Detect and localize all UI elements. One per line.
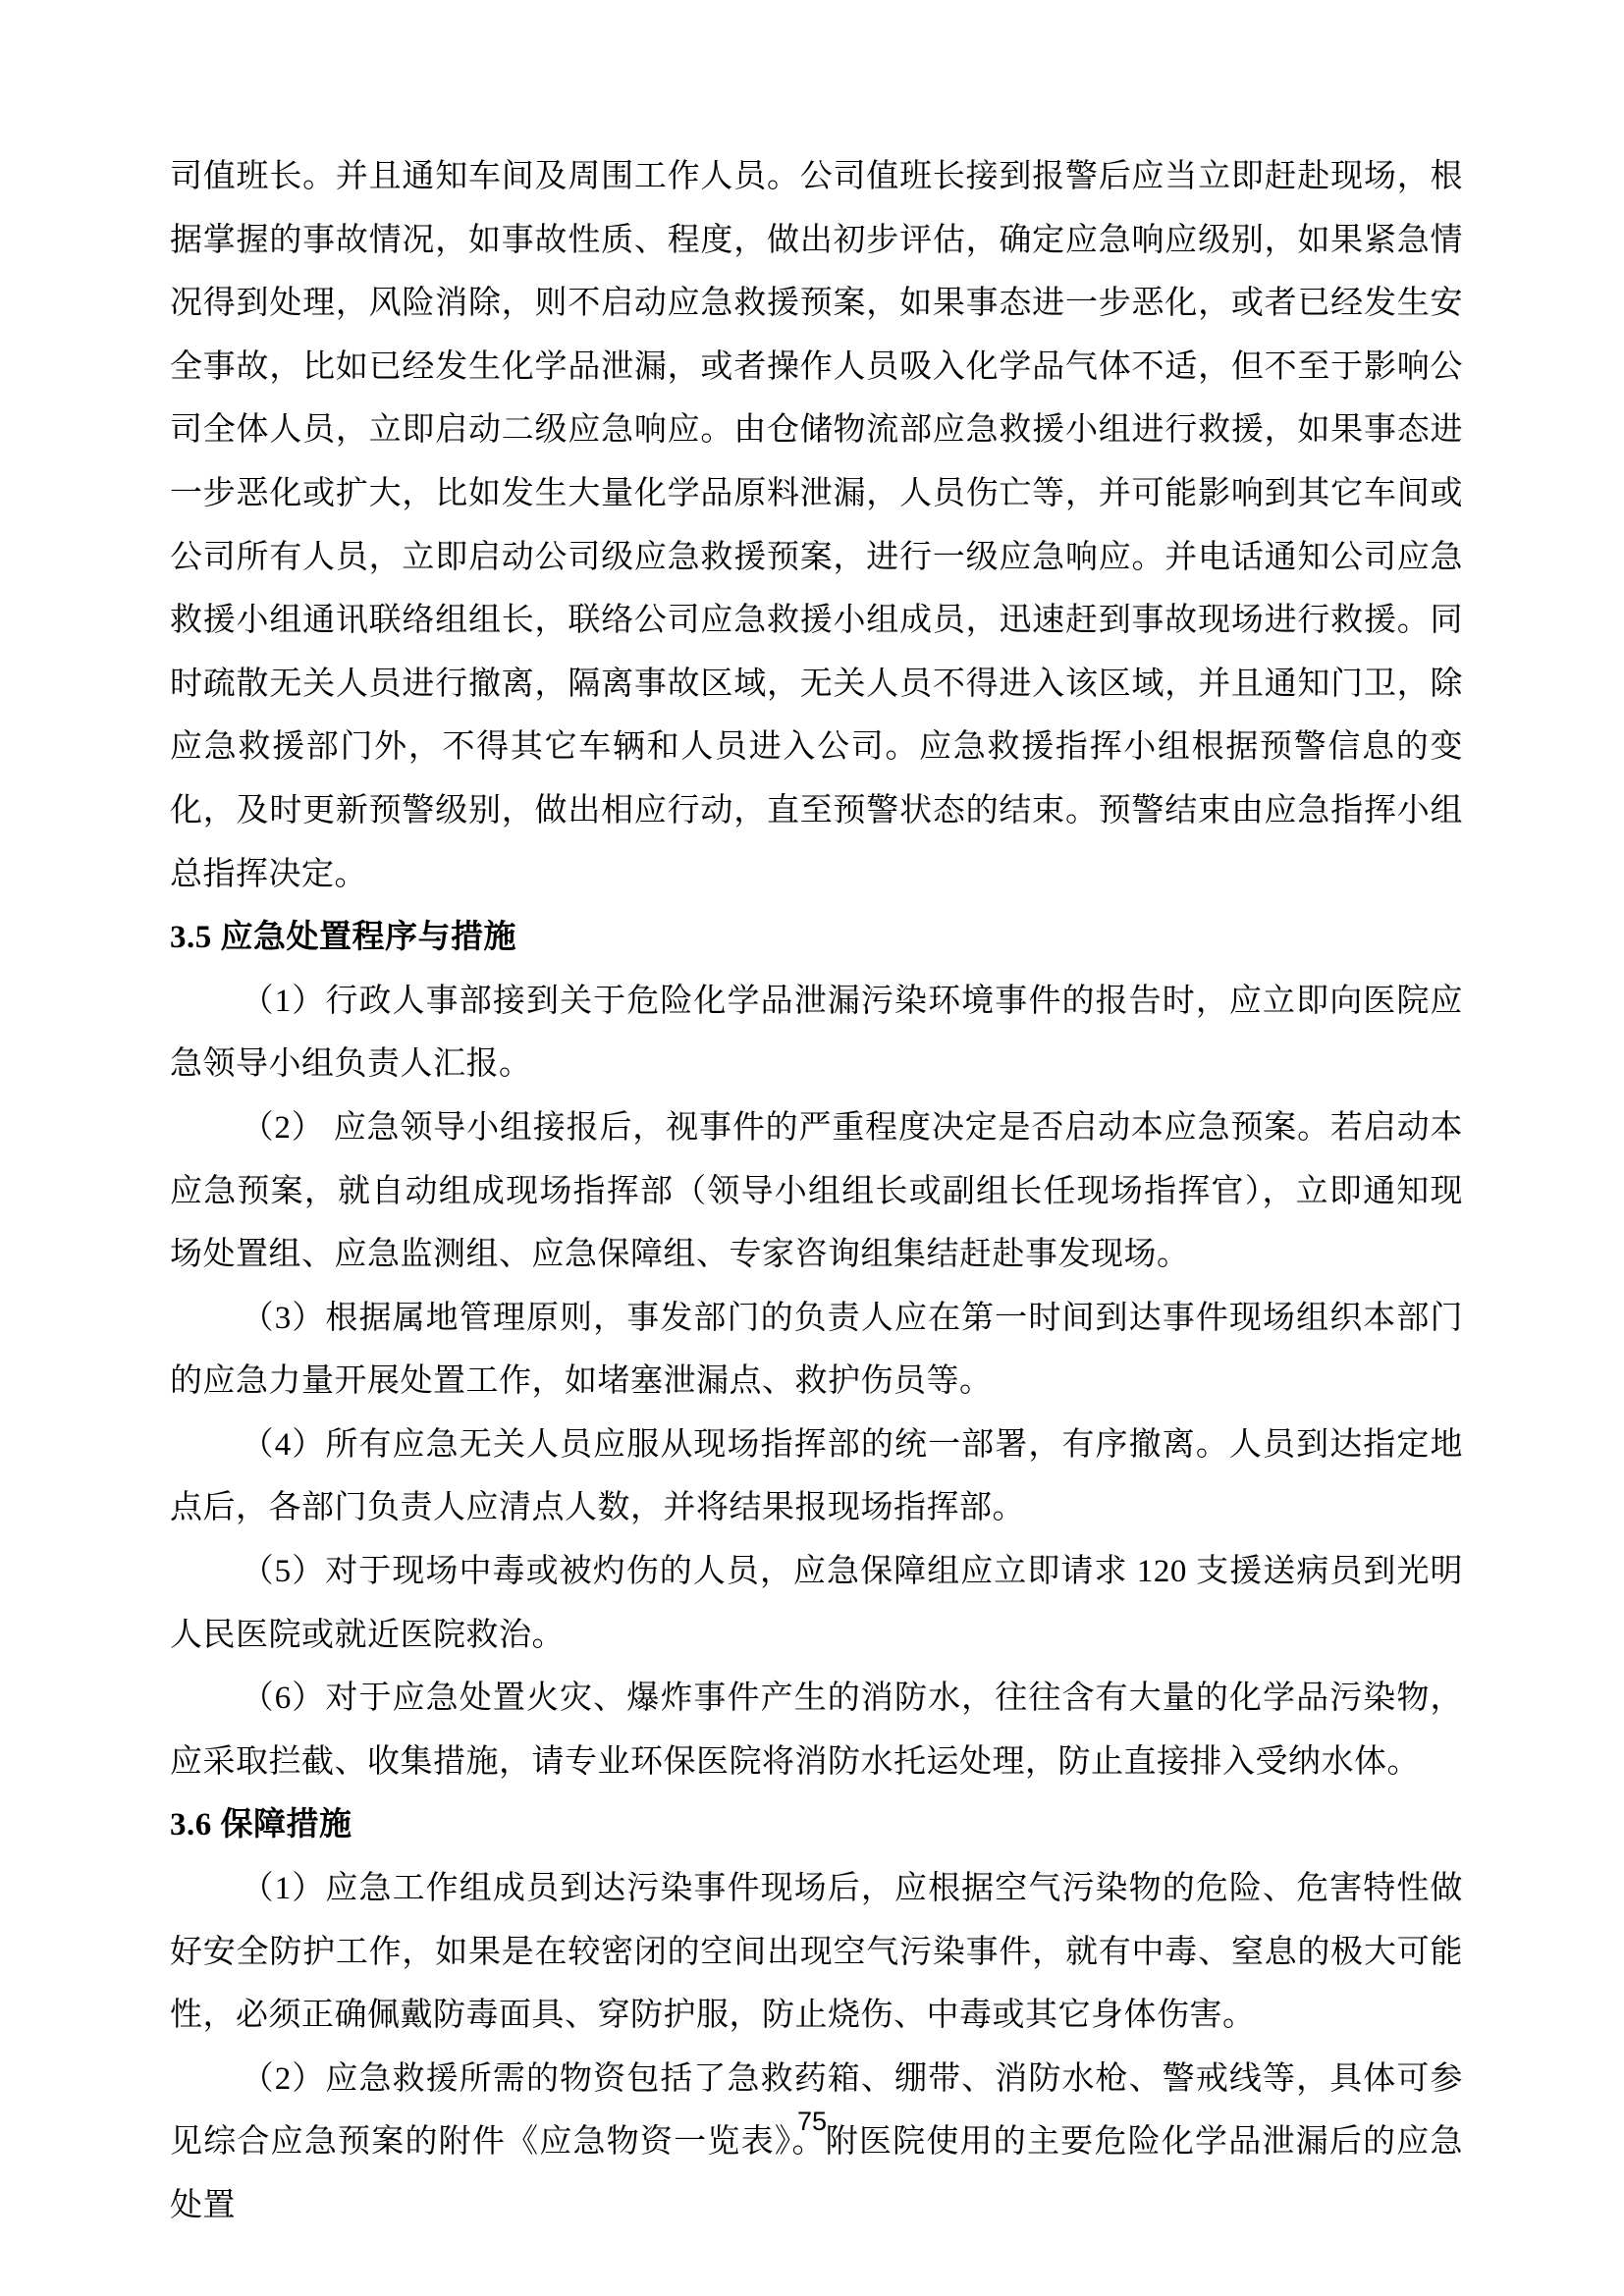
section-heading: 3.6 保障措施	[170, 1793, 1463, 1857]
body-paragraph: （2）应急救援所需的物资包括了急救药箱、绷带、消防水枪、警戒线等，具体可参见综合…	[170, 2048, 1463, 2238]
page-number: 75	[797, 2107, 827, 2136]
body-paragraph: （5）对于现场中毒或被灼伤的人员，应急保障组应立即请求 120 支援送病员到光明…	[170, 1540, 1463, 1667]
body-paragraph: （3）根据属地管理原则，事发部门的负责人应在第一时间到达事件现场组织本部门的应急…	[170, 1287, 1463, 1414]
body-paragraph: （1）应急工作组成员到达污染事件现场后，应根据空气污染物的危险、危害特性做好安全…	[170, 1857, 1463, 2048]
body-paragraph: （1）行政人事部接到关于危险化学品泄漏污染环境事件的报告时，应立即向医院应急领导…	[170, 970, 1463, 1096]
body-paragraph: （4）所有应急无关人员应服从现场指挥部的统一部署，有序撤离。人员到达指定地点后，…	[170, 1414, 1463, 1540]
section-heading: 3.5 应急处置程序与措施	[170, 906, 1463, 970]
document-page: 司值班长。并且通知车间及周围工作人员。公司值班长接到报警后应当立即赶赴现场，根据…	[0, 0, 1624, 2296]
body-paragraph: （2） 应急领导小组接报后，视事件的严重程度决定是否启动本应急预案。若启动本应急…	[170, 1096, 1463, 1287]
body-paragraph: 司值班长。并且通知车间及周围工作人员。公司值班长接到报警后应当立即赶赴现场，根据…	[170, 145, 1463, 906]
page-footer: 75	[0, 2107, 1624, 2137]
document-body: 司值班长。并且通知车间及周围工作人员。公司值班长接到报警后应当立即赶赴现场，根据…	[170, 145, 1463, 2238]
body-paragraph: （6）对于应急处置火灾、爆炸事件产生的消防水，往往含有大量的化学品污染物，应采取…	[170, 1667, 1463, 1793]
